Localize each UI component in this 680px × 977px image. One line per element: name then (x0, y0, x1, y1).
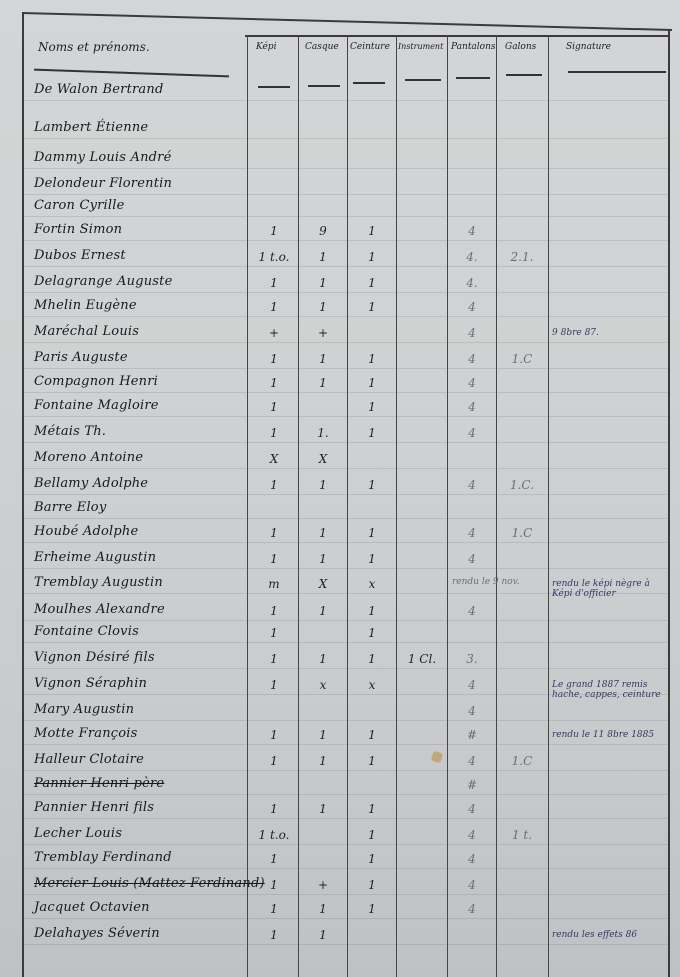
register-entry-name: Pannier Henri père (34, 776, 164, 791)
row-rule (24, 494, 668, 495)
cell-kepi: 1 (254, 652, 294, 666)
register-entry-name: Pannier Henri fils (34, 800, 154, 815)
cell-pantalons: 4 (452, 802, 492, 816)
cell-pantalons: 4 (452, 754, 492, 768)
row-rule (24, 468, 668, 469)
register-entry-name: Fontaine Magloire (34, 398, 159, 413)
cell-kepi: X (254, 452, 294, 466)
cell-casque: 1 (303, 526, 343, 540)
row-rule (24, 316, 668, 317)
register-entry-name: Houbé Adolphe (34, 524, 138, 539)
signature-note: 9 8bre 87. (552, 328, 666, 338)
right-rule (668, 30, 670, 977)
cell-ceinture: 1 (352, 250, 392, 264)
row-rule (24, 770, 668, 771)
register-entry-name: Moreno Antoine (34, 450, 143, 465)
cell-kepi: + (254, 326, 294, 340)
header-rule (245, 35, 670, 37)
cell-pantalons: 4 (452, 902, 492, 916)
cell-galons: 1.C (502, 754, 542, 768)
cell-casque: 1 (303, 300, 343, 314)
cell-instrument: 1 Cl. (402, 652, 442, 666)
register-entry-name: Fortin Simon (34, 222, 122, 237)
row-rule (24, 392, 668, 393)
register-entry-name: Motte François (34, 726, 138, 741)
row-rule (24, 744, 668, 745)
register-entry-name: Maréchal Louis (34, 324, 139, 339)
row-rule (24, 100, 668, 101)
row-rule (24, 518, 668, 519)
row-rule (24, 894, 668, 895)
cell-kepi: 1 (254, 604, 294, 618)
row-rule (24, 292, 668, 293)
row-rule (24, 194, 668, 195)
header-kepi: Képi (256, 42, 276, 52)
register-entry-name: Delahayes Séverin (34, 926, 160, 941)
cell-ceinture: x (352, 577, 392, 591)
cell-ceinture: 1 (352, 400, 392, 414)
cell-pantalons: 4 (452, 426, 492, 440)
register-entry-name: Lambert Étienne (34, 120, 148, 135)
register-entry-name: Jacquet Octavien (34, 900, 150, 915)
cell-ceinture: 1 (352, 604, 392, 618)
cell-kepi: 1 t.o. (254, 828, 294, 842)
cell-kepi: 1 (254, 300, 294, 314)
header-underline (568, 71, 666, 73)
row-rule (24, 818, 668, 819)
row-rule (24, 442, 668, 443)
cell-ceinture: 1 (352, 276, 392, 290)
cell-pantalons: 4 (452, 376, 492, 390)
cell-kepi: 1 (254, 902, 294, 916)
cell-pantalons: 4 (452, 828, 492, 842)
row-rule (24, 240, 668, 241)
register-entry-name: De Walon Bertrand (34, 82, 163, 97)
register-page: Noms et prénoms. Képi Casque Ceinture In… (0, 0, 680, 977)
register-entry-name: Fontaine Clovis (34, 624, 139, 639)
cell-pantalons: 4 (452, 678, 492, 692)
cell-ceinture: 1 (352, 852, 392, 866)
row-rule (24, 868, 668, 869)
cell-casque: 1 (303, 376, 343, 390)
cell-pantalons: 4 (452, 300, 492, 314)
header-underline (456, 77, 490, 79)
cell-kepi: 1 (254, 802, 294, 816)
row-rule (24, 542, 668, 543)
row-rule (24, 944, 668, 945)
register-entry-name: Barre Eloy (34, 500, 106, 515)
cell-ceinture: 1 (352, 426, 392, 440)
signature-note: rendu les effets 86 (552, 930, 666, 940)
cell-ceinture: 1 (352, 300, 392, 314)
header-signature: Signature (566, 42, 611, 52)
cell-casque: x (303, 678, 343, 692)
cell-casque: 1 (303, 652, 343, 666)
header-underline (308, 85, 340, 87)
cell-pantalons: 4. (452, 250, 492, 264)
column-divider (247, 35, 248, 977)
row-rule (24, 620, 668, 621)
cell-ceinture: 1 (352, 552, 392, 566)
cell-casque: + (303, 326, 343, 340)
cell-pantalons: 4 (452, 526, 492, 540)
cell-galons: 1.C (502, 352, 542, 366)
register-entry-name: Lecher Louis (34, 826, 122, 841)
row-rule (24, 216, 668, 217)
row-rule (24, 266, 668, 267)
cell-galons: 1.C. (502, 478, 542, 492)
column-divider (548, 35, 549, 977)
register-entry-name: Tremblay Ferdinand (34, 850, 172, 865)
cell-casque: 9 (303, 224, 343, 238)
register-entry-name: Delondeur Florentin (34, 176, 172, 191)
cell-ceinture: 1 (352, 224, 392, 238)
cell-kepi: 1 (254, 878, 294, 892)
row-rule (24, 642, 668, 643)
cell-pantalons: 4 (452, 852, 492, 866)
cell-ceinture: 1 (352, 478, 392, 492)
cell-casque: + (303, 878, 343, 892)
cell-kepi: 1 (254, 928, 294, 942)
cell-casque: 1 (303, 250, 343, 264)
cell-kepi: 1 (254, 224, 294, 238)
register-entry-name: Mary Augustin (34, 702, 134, 717)
cell-pantalons: 4 (452, 326, 492, 340)
cell-galons: 1 t. (502, 828, 542, 842)
header-ceinture: Ceinture (350, 42, 390, 52)
cell-ceinture: 1 (352, 526, 392, 540)
cell-pantalons: 4 (452, 704, 492, 718)
row-rule (24, 918, 668, 919)
row-rule (24, 368, 668, 369)
cell-ceinture: 1 (352, 352, 392, 366)
cell-ceinture: 1 (352, 626, 392, 640)
register-entry-name: Bellamy Adolphe (34, 476, 148, 491)
cell-casque: 1 (303, 552, 343, 566)
cell-kepi: 1 (254, 728, 294, 742)
header-underline (405, 79, 441, 81)
header-underline (353, 82, 385, 84)
header-underline (258, 86, 290, 88)
cell-ceinture: 1 (352, 376, 392, 390)
cell-casque: 1 (303, 928, 343, 942)
register-entry-name: Vignon Séraphin (34, 676, 147, 691)
signature-note: rendu le 11 8bre 1885 (552, 730, 666, 740)
column-divider (447, 35, 448, 977)
cell-kepi: 1 (254, 626, 294, 640)
cell-casque: 1 (303, 352, 343, 366)
register-entry-name: Vignon Désiré fils (34, 650, 155, 665)
row-rule (24, 794, 668, 795)
column-divider (347, 35, 348, 977)
header-name: Noms et prénoms. (38, 40, 150, 54)
cell-pantalons: 4. (452, 276, 492, 290)
cell-pantalons: 4 (452, 400, 492, 414)
cell-casque: 1 (303, 728, 343, 742)
cell-kepi: 1 (254, 478, 294, 492)
register-entry-name: Moulhes Alexandre (34, 602, 165, 617)
cell-casque: 1 (303, 276, 343, 290)
cell-pantalons: 4 (452, 478, 492, 492)
cell-galons: 1.C (502, 526, 542, 540)
cell-galons: 2.1. (502, 250, 542, 264)
cell-kepi: 1 t.o. (254, 250, 294, 264)
cell-ceinture: 1 (352, 728, 392, 742)
cell-ceinture: 1 (352, 754, 392, 768)
cell-kepi: 1 (254, 376, 294, 390)
cell-casque: 1 (303, 754, 343, 768)
cell-casque: 1 (303, 802, 343, 816)
column-divider (298, 35, 299, 977)
row-rule (24, 720, 668, 721)
cell-ceinture: 1 (352, 652, 392, 666)
cell-kepi: 1 (254, 352, 294, 366)
row-rule (24, 168, 668, 169)
header-pantalons: Pantalons (451, 42, 496, 52)
cell-ceinture: 1 (352, 878, 392, 892)
cell-ceinture: 1 (352, 828, 392, 842)
register-entry-name: Caron Cyrille (34, 198, 125, 213)
cell-casque: X (303, 577, 343, 591)
signature-note: rendu le képi nègre à Képi d'officier (552, 579, 666, 599)
cell-pantalons: 3. (452, 652, 492, 666)
row-rule (24, 416, 668, 417)
cell-kepi: 1 (254, 426, 294, 440)
row-rule (24, 138, 668, 139)
header-casque: Casque (305, 42, 339, 52)
row-rule (24, 568, 668, 569)
cell-kepi: 1 (254, 400, 294, 414)
cell-pantalons: rendu le 9 nov. (452, 577, 562, 587)
cell-pantalons: 4 (452, 878, 492, 892)
column-divider (396, 35, 397, 977)
cell-kepi: 1 (254, 552, 294, 566)
cell-pantalons: 4 (452, 352, 492, 366)
cell-casque: 1 (303, 478, 343, 492)
cell-ceinture: 1 (352, 802, 392, 816)
cell-pantalons: 4 (452, 552, 492, 566)
register-entry-name: Dubos Ernest (34, 248, 126, 263)
cell-kepi: 1 (254, 526, 294, 540)
cell-ceinture: x (352, 678, 392, 692)
register-entry-name: Mhelin Eugène (34, 298, 137, 313)
cell-kepi: 1 (254, 852, 294, 866)
register-entry-name: Compagnon Henri (34, 374, 158, 389)
cell-kepi: 1 (254, 754, 294, 768)
cell-casque: 1. (303, 426, 343, 440)
header-instrument: Instrument (398, 42, 443, 51)
cell-kepi: 1 (254, 276, 294, 290)
register-entry-name: Delagrange Auguste (34, 274, 172, 289)
register-entry-name: Halleur Clotaire (34, 752, 144, 767)
register-entry-name: Mercier Louis (Mattez Ferdinand) (34, 876, 265, 891)
register-entry-name: Dammy Louis André (34, 150, 172, 165)
row-rule (24, 668, 668, 669)
header-underline (506, 74, 542, 76)
cell-pantalons: # (452, 778, 492, 792)
cell-casque: 1 (303, 604, 343, 618)
cell-pantalons: 4 (452, 224, 492, 238)
signature-note: Le grand 1887 remis hache, cappes, ceint… (552, 680, 666, 700)
register-entry-name: Paris Auguste (34, 350, 128, 365)
cell-pantalons: 4 (452, 604, 492, 618)
cell-casque: X (303, 452, 343, 466)
cell-kepi: m (254, 577, 294, 591)
cell-casque: 1 (303, 902, 343, 916)
column-divider (496, 35, 497, 977)
cell-kepi: 1 (254, 678, 294, 692)
row-rule (24, 844, 668, 845)
cell-pantalons: # (452, 728, 492, 742)
register-entry-name: Tremblay Augustin (34, 575, 163, 590)
header-galons: Galons (505, 42, 536, 52)
cell-ceinture: 1 (352, 902, 392, 916)
register-entry-name: Métais Th. (34, 424, 106, 439)
row-rule (24, 342, 668, 343)
register-entry-name: Erheime Augustin (34, 550, 156, 565)
